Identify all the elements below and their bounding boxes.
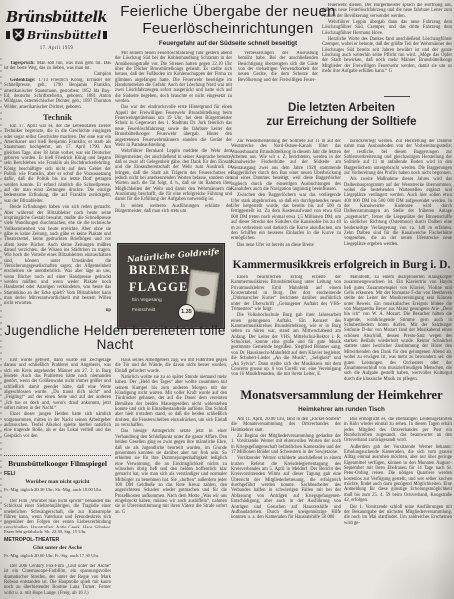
fire-article-col-c: feuerwehr dienen. Der Bürgermeister spra… — [322, 3, 452, 93]
film1-extra-showing: Fazer lebt gefährlich: Sb. 22.30, Stg. 1… — [4, 529, 111, 535]
fire-article-col-a: Mit seinem neuen Feuerlöschfahrzeug fuhr… — [115, 51, 232, 240]
paragraph: Beide Erfindungen haben von sich reden g… — [4, 205, 111, 307]
solltiefe-col-right: zurückverlegt werden. Zur Herstellung de… — [344, 139, 452, 257]
paragraph: Wehrführer Leppin übergab dann das neue … — [322, 20, 452, 36]
banner-bar-left — [6, 31, 10, 39]
technik-signature: np — [4, 308, 111, 314]
paragraph: Bus ermöglicht es, die ehemaligen Leiden… — [344, 417, 452, 444]
anniversaries-label: Gedenktage: — [10, 78, 36, 83]
paragraph: Erst wurde gefeiert, dann wurde ein Zech… — [4, 358, 111, 411]
paragraph: Einen beachtlichen Erfolg erzielte der K… — [231, 275, 341, 312]
cinema-feli-label: FELI — [4, 471, 111, 477]
paragraph: Mahnfeldt, zu einem disziplinierten Klan… — [344, 275, 452, 382]
anniversaries: Gedenktage: 1714 Friedrich König, Erfind… — [4, 78, 111, 111]
paragraph: Natürlich wollte sie zu so später Stunde… — [115, 375, 227, 428]
masthead-date: 17. April 1959 — [6, 46, 107, 51]
kammermusik-col-left: Einen beachtlichen Erfolg erzielte der K… — [231, 275, 341, 388]
kammermusik-headline: Kammermusikkreis erfolgreich in Burg i. … — [231, 259, 452, 272]
newspaper-page: Brünsbüttelkoog Brünsbüttel 17. April 19… — [0, 0, 454, 599]
paragraph: Mit seinem neuen Feuerlöschfahrzeug fuhr… — [115, 51, 232, 104]
tobacco-ad: Natürliche Goldreife BREMER FLAGGE Ein V… — [117, 243, 225, 329]
film1-title: Worüber man nicht spricht — [4, 479, 111, 486]
film2-times: Fr.-Mtg. täglich 20.00 Uhr, Fr.-Stg. auc… — [4, 553, 111, 563]
paragraph: feuerwehr dienen. Der Bürgermeister spra… — [322, 3, 452, 19]
ad-pack-emblem — [195, 286, 211, 297]
technik-heading: Technik — [4, 112, 111, 122]
heimkehrer-headline: Monatsversammlung der Heimkehrer — [231, 389, 452, 402]
daily-quote-label: Tagespruch: — [10, 61, 35, 66]
anniversaries-body: 1714 Friedrich König, Erfinder der Schne… — [4, 78, 111, 110]
film2-description-text: Der 20th Century Fox-Film „Glut unter de… — [4, 564, 111, 596]
daily-quote-author: Campion — [88, 72, 111, 77]
technik-article: Ein 17. April war es, der die Lebensdate… — [4, 124, 111, 308]
paragraph: zurückverlegt werden. Zur Herstellung de… — [344, 139, 452, 176]
article-end-rule — [384, 96, 410, 97]
paragraph: Haus seines Arbeitgebers zog, wo mit Fuß… — [115, 358, 227, 374]
paragraph: Außerdem gab der Vorsitzende Werner beka… — [344, 445, 452, 504]
film2-description: Der 20th Century Fox-Film „Glut unter de… — [4, 564, 111, 597]
paragraph: Am 11. April, 20.00 Uhr, fand in den „Fa… — [231, 417, 341, 433]
paragraph: Das neue Ufer ist bereits an diese Breit… — [231, 243, 341, 248]
heimkehrer-header: Monatsversammlung der Heimkehrer Heimkeh… — [231, 389, 452, 415]
paragraph: Der 1. Vorsitzende schloß seine Ausführu… — [344, 505, 452, 526]
film2-title: Glut unter der Asche — [4, 545, 111, 552]
solltiefe-headline-line1: Die letzten Arbeiten — [231, 102, 452, 116]
paragraph: Herzliche Worte des Dankes fand anschlie… — [322, 37, 452, 74]
fire-article-header: Feierliche Übergabe der neuen Feuerlösch… — [112, 4, 344, 49]
paragraph: Wehrführer Bernhard Leppin meldete die W… — [115, 149, 232, 202]
daily-quote: Tagespruch: Man soll tun, was man gern t… — [4, 61, 111, 77]
masthead-banner: Brünsbüttel — [6, 28, 107, 42]
paragraph: Einer dieser jungen Helden hatte sich nä… — [4, 412, 111, 439]
paragraph: In seinen weiteren Ausführungen erklärte… — [115, 204, 232, 215]
cinema-metropol-label: METROPOL-THEATER — [4, 537, 111, 544]
paragraph: Verbesserungen der Ausrüstung bemüht hab… — [238, 51, 318, 83]
solltiefe-header: Die letzten Arbeiten zur Erreichung der … — [231, 102, 452, 134]
paragraph: Die Volkshochschule Burg gab ihrer Jahre… — [231, 313, 341, 377]
jugend-col-left: Erst wurde gefeiert, dann wurde ein Zech… — [4, 358, 111, 452]
heimkehrer-col-left: Am 11. April, 20.00 Uhr, fand in den „Fa… — [231, 417, 341, 595]
scan-edge-bleed — [0, 58, 2, 528]
heimkehrer-subhead: Heimkehrer am runden Tisch — [231, 406, 452, 414]
paragraph: Zur Wiederherstellung der Solltiefe auf … — [231, 139, 341, 192]
anniversaries-text: Gedenktage: 1714 Friedrich König, Erfind… — [4, 78, 111, 110]
kammermusik-col-right: Mahnfeldt, zu einem disziplinierten Klan… — [344, 275, 452, 388]
filmspiegel-title: Brunsbüttelkooger Filmspiegel — [4, 459, 111, 469]
film1-times: Fr.-Mtg. täglich 20.30 Uhr; Sb.-Mtg. auc… — [4, 487, 111, 498]
coat-of-arms-icon — [12, 28, 25, 42]
paragraph: Zwischen den Baggerlöchern war das vorli… — [231, 193, 341, 241]
heimkehrer-col-right: Bus ermöglicht es, die ehemaligen Leiden… — [344, 417, 452, 595]
ad-script-text: Natürliche Goldreife — [127, 246, 221, 264]
fire-article-col-b: Verbesserungen der Ausrüstung bemüht hab… — [238, 51, 318, 98]
fire-article-subhead: Feuergefahr auf der Südseite schnell bes… — [112, 40, 344, 48]
paragraph: Zu Beginn der Mitgliederversammlung geda… — [231, 434, 341, 455]
film1-description-text: Der Film „Worüber man nicht spricht“ beh… — [4, 499, 111, 528]
jugend-header: Jugendliche Helden bereiteten tolle Nach… — [2, 324, 228, 355]
daily-quote-text: Tagespruch: Man soll tun, was man gern t… — [4, 61, 111, 72]
solltiefe-headline-line2: zur Erreichung der Solltiefe — [231, 116, 452, 130]
film1-description: Der Film „Worüber man nicht spricht“ beh… — [4, 499, 111, 528]
paragraph: Ein 17. April war es, der die Lebensdate… — [4, 124, 111, 204]
fire-article-headline-line1: Feierliche Übergabe der neuen — [112, 4, 344, 21]
section-divider — [4, 455, 111, 457]
paragraph: Das war der eindrucksvolle erste Hinterg… — [115, 105, 232, 148]
fire-article-headline-line2: Feuerlöscheinrichtungen — [112, 21, 344, 38]
ad-price-badge: 1.35 — [178, 304, 195, 321]
jugend-col-right: Haus seines Arbeitgebers zog, wo mit Fuß… — [115, 358, 227, 594]
banner-bar-right — [103, 31, 107, 39]
paragraph: Das hiesige Amtsgericht setzte jetzt in … — [115, 429, 227, 515]
solltiefe-col-left: Zur Wiederherstellung der Solltiefe auf … — [231, 139, 341, 257]
paragraph: Vorsitzender Werner schilderte anschließ… — [231, 456, 341, 520]
jugend-headline: Jugendliche Helden bereiteten tolle Nach… — [2, 324, 228, 352]
masthead-title: Brünsbüttelkoog — [6, 9, 107, 26]
paragraph: Als zweite Maßnahme dieses Jahres wird d… — [344, 177, 452, 246]
masthead: Brünsbüttelkoog Brünsbüttel 17. April 19… — [6, 9, 107, 58]
masthead-subtitle: Brünsbüttel — [27, 29, 101, 42]
